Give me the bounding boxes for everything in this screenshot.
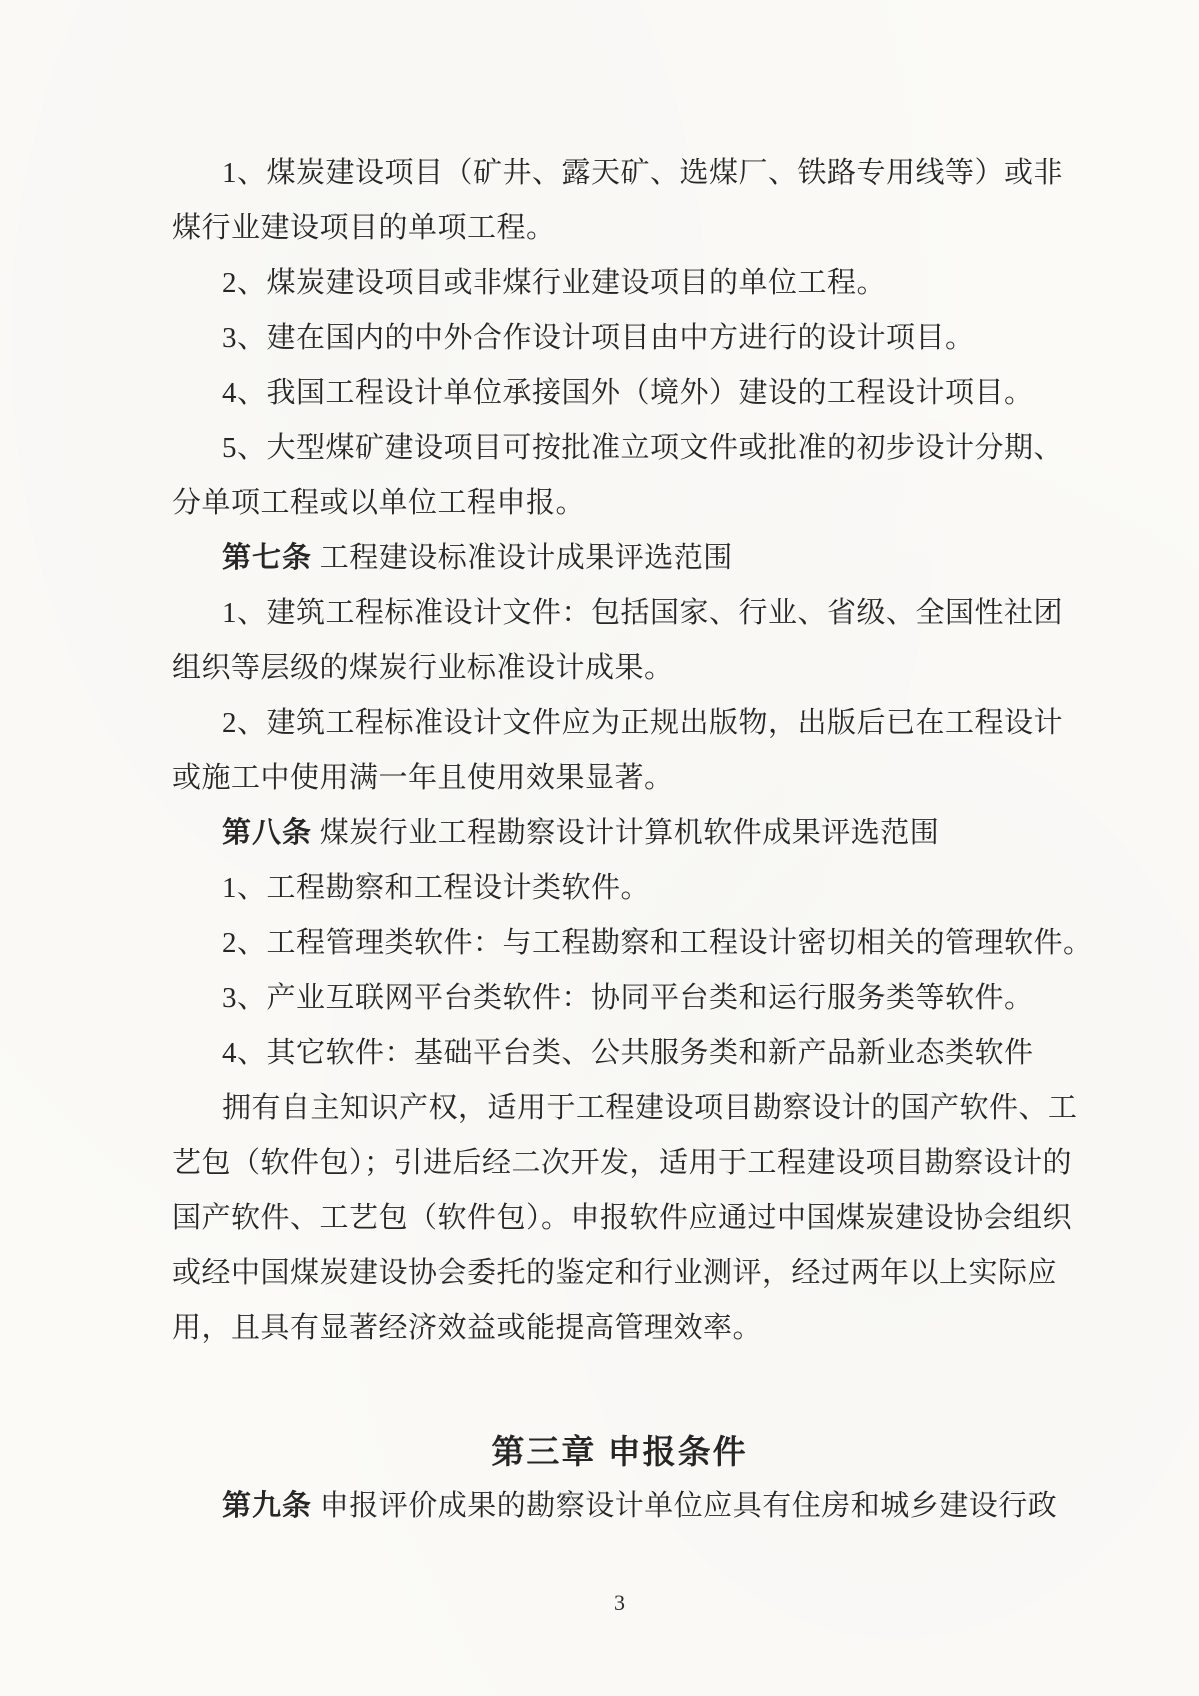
document-line: 第九条 申报评价成果的勘察设计单位应具有住房和城乡建设行政 xyxy=(172,1479,1067,1534)
document-line: 4、我国工程设计单位承接国外（境外）建设的工程设计项目。 xyxy=(172,366,1067,421)
document-line: 拥有自主知识产权，适用于工程建设项目勘察设计的国产软件、工 xyxy=(172,1081,1067,1136)
document-line: 3、产业互联网平台类软件：协同平台类和运行服务类等软件。 xyxy=(172,971,1067,1026)
document-line: 第七条 工程建设标准设计成果评选范围 xyxy=(172,531,1067,586)
document-line: 用，且具有显著经济效益或能提高管理效率。 xyxy=(172,1301,1067,1356)
document-line: 分单项工程或以单位工程申报。 xyxy=(172,476,1067,531)
document-page: 1、煤炭建设项目（矿井、露天矿、选煤厂、铁路专用线等）或非煤行业建设项目的单项工… xyxy=(0,0,1199,1696)
document-line: 第八条 煤炭行业工程勘察设计计算机软件成果评选范围 xyxy=(172,806,1067,861)
document-line: 煤行业建设项目的单项工程。 xyxy=(172,201,1067,256)
document-line: 2、煤炭建设项目或非煤行业建设项目的单位工程。 xyxy=(172,256,1067,311)
document-line: 2、建筑工程标准设计文件应为正规出版物，出版后已在工程设计 xyxy=(172,696,1067,751)
document-line: 4、其它软件：基础平台类、公共服务类和新产品新业态类软件 xyxy=(172,1026,1067,1081)
article-number: 第九条 xyxy=(222,1490,312,1522)
document-line: 或施工中使用满一年且使用效果显著。 xyxy=(172,751,1067,806)
document-line: 1、煤炭建设项目（矿井、露天矿、选煤厂、铁路专用线等）或非 xyxy=(172,146,1067,201)
document-line: 艺包（软件包）；引进后经二次开发，适用于工程建设项目勘察设计的 xyxy=(172,1136,1067,1191)
document-line: 或经中国煤炭建设协会委托的鉴定和行业测评，经过两年以上实际应 xyxy=(172,1246,1067,1301)
page-number: 3 xyxy=(172,1588,1067,1618)
document-line: 国产软件、工艺包（软件包）。申报软件应通过中国煤炭建设协会组织 xyxy=(172,1191,1067,1246)
article-number: 第八条 xyxy=(222,817,312,849)
document-line: 组织等层级的煤炭行业标准设计成果。 xyxy=(172,641,1067,696)
document-line: 1、工程勘察和工程设计类软件。 xyxy=(172,861,1067,916)
document-line: 3、建在国内的中外合作设计项目由中方进行的设计项目。 xyxy=(172,311,1067,366)
document-line: 2、工程管理类软件：与工程勘察和工程设计密切相关的管理软件。 xyxy=(172,916,1067,971)
chapter-heading: 第三章 申报条件 xyxy=(172,1424,1067,1479)
article-number: 第七条 xyxy=(222,542,312,574)
document-line: 5、大型煤矿建设项目可按批准立项文件或批准的初步设计分期、 xyxy=(172,421,1067,476)
document-line: 1、建筑工程标准设计文件：包括国家、行业、省级、全国性社团 xyxy=(172,586,1067,641)
document-body: 1、煤炭建设项目（矿井、露天矿、选煤厂、铁路专用线等）或非煤行业建设项目的单项工… xyxy=(172,146,1067,1534)
